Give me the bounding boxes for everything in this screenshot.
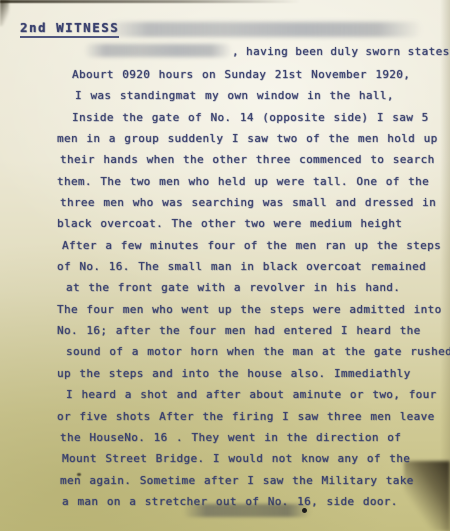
- statement-line: of No. 16. The small man in black overco…: [57, 256, 450, 277]
- sworn-clause-line: , having been duly sworn states:-: [84, 44, 450, 58]
- statement-line: Mount Street Bridge. I would not know an…: [62, 448, 450, 469]
- statement-line: I was standingmat my own window in the h…: [75, 85, 450, 106]
- statement-line: three men who was searching was small an…: [60, 192, 450, 213]
- redacted-name-smudge-inline: [84, 44, 232, 57]
- statement-line: No. 16; after the four men had entered I…: [57, 320, 450, 341]
- photo-topleft-dark-corner: [0, 0, 9, 26]
- erased-signature-smudge: [183, 504, 311, 517]
- statement-line: their hands when the other three commenc…: [60, 149, 450, 170]
- photo-top-edge-shadow: [0, 0, 300, 3]
- sworn-clause-text: , having been duly sworn states:-: [232, 45, 450, 58]
- statement-line: After a few minutes four of the men ran …: [62, 235, 450, 256]
- statement-line: at the front gate with a revolver in his…: [66, 277, 450, 298]
- statement-line: men in a group suddenly I saw two of the…: [57, 128, 450, 149]
- statement-line: black overcoat. The other two were mediu…: [57, 213, 450, 234]
- redacted-name-smudge-top: [104, 22, 422, 37]
- signature-period-dot: [302, 508, 307, 513]
- statement-line: them. The two men who held up were tall.…: [57, 171, 450, 192]
- statement-line: up the steps and into the house also. Im…: [57, 363, 450, 384]
- statement-body: Abourt 0920 hours on Sunday 21st Novembe…: [0, 64, 450, 512]
- document-photo: 2nd WITNESS , having been duly sworn sta…: [0, 0, 450, 531]
- statement-line: Abourt 0920 hours on Sunday 21st Novembe…: [72, 64, 450, 85]
- statement-line: I heard a shot and after about aminute o…: [66, 384, 450, 405]
- statement-line: sound of a motor horn when the man at th…: [66, 341, 450, 362]
- statement-line: men again. Sometime after I saw the Mili…: [60, 470, 450, 491]
- statement-line: or five shots After the firing I saw thr…: [57, 406, 450, 427]
- statement-line: Inside the gate of No. 14 (opposite side…: [72, 107, 450, 128]
- statement-line: the HouseNo. 16 . They went in the direc…: [60, 427, 450, 448]
- statement-line: The four men who went up the steps were …: [57, 299, 450, 320]
